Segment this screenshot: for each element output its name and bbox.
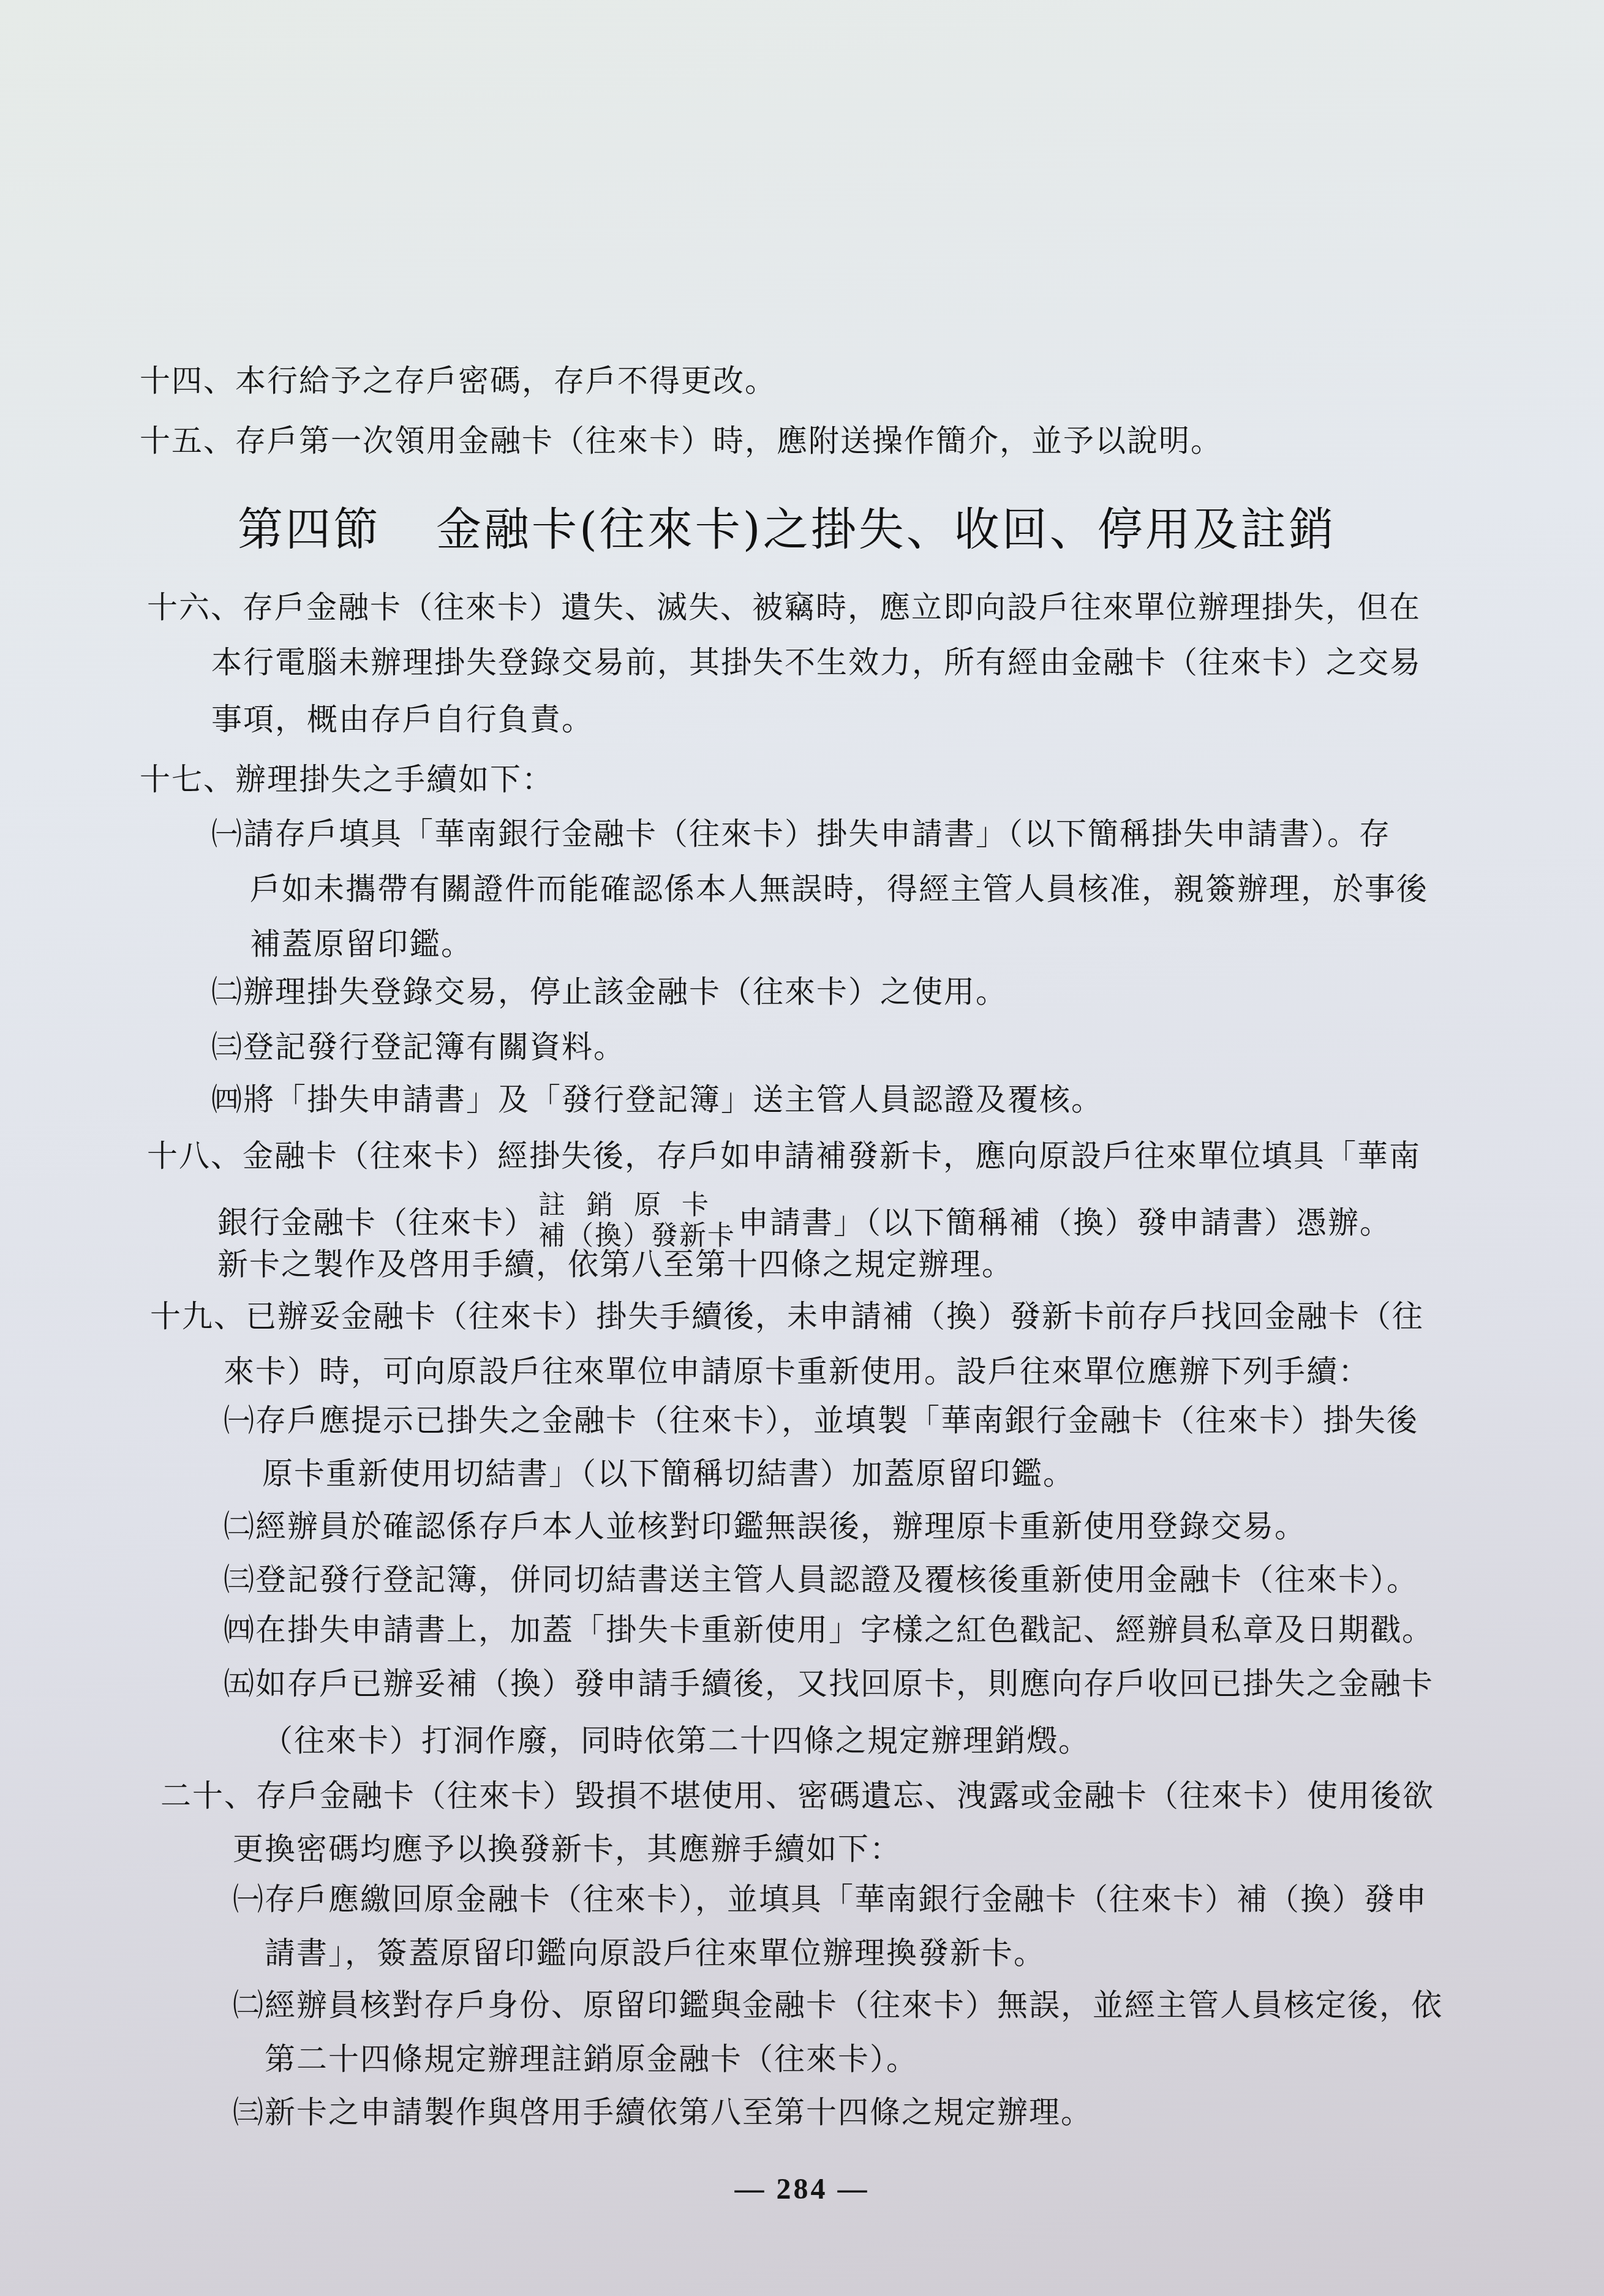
article-19-item-5-line-1: ㈤如存戶已辦妥補（換）發申請手續後，又找回原卡，則應向存戶收回已掛失之金融卡 [224, 1665, 1434, 1702]
article-20-line-2: 更換密碼均應予以換發新卡，其應辦手續如下： [233, 1831, 902, 1867]
article-18-line-2-before: 銀行金融卡（往來卡） [217, 1205, 536, 1240]
article-18-line-1: 十八、金融卡（往來卡）經掛失後，存戶如申請補發新卡，應向原設戶往來單位填具「華南 [147, 1138, 1421, 1174]
article-19-item-1-line-2: 原卡重新使用切結書」（以下簡稱切結書）加蓋原留印鑑。 [262, 1455, 1075, 1492]
article-17-item-1-line-3: 補蓋原留印鑑。 [250, 926, 473, 962]
article-20-item-2-line-2: 第二十四條規定辦理註銷原金融卡（往來卡）。 [265, 2041, 918, 2077]
stack-top: 註銷原卡 [538, 1190, 736, 1221]
article-18-line-3: 新卡之製作及啓用手續，依第八至第十四條之規定辦理。 [217, 1246, 1014, 1283]
article-17-item-1-line-1: ㈠請存戶填具「華南銀行金融卡（往來卡）掛失申請書」（以下簡稱掛失申請書）。存 [211, 816, 1391, 852]
article-20-line-1: 二十、存戶金融卡（往來卡）毀損不堪使用、密碼遺忘、洩露或金融卡（往來卡）使用後欲 [160, 1777, 1434, 1814]
article-16-line-2: 本行電腦未辦理掛失登錄交易前，其掛失不生效力，所有經由金融卡（往來卡）之交易 [211, 644, 1421, 681]
section-heading: 第四節金融卡(往來卡)之掛失、收回、停用及註銷 [238, 502, 1336, 557]
article-14: 十四、本行給予之存戶密碼，存戶不得更改。 [140, 362, 777, 399]
article-16-line-3: 事項，概由存戶自行負責。 [211, 701, 593, 738]
article-16-line-1: 十六、存戶金融卡（往來卡）遺失、滅失、被竊時，應立即向設戶往來單位辦理掛失，但在 [147, 589, 1421, 626]
article-19-item-1-line-1: ㈠存戶應提示已掛失之金融卡（往來卡），並填製「華南銀行金融卡（往來卡）掛失後 [224, 1402, 1418, 1439]
article-19-line-2: 來卡）時，可向原設戶往來單位申請原卡重新使用。設戶往來單位應辦下列手續： [224, 1353, 1370, 1390]
section-number: 第四節 [238, 503, 381, 556]
article-19-item-2: ㈡經辦員於確認係存戶本人並核對印鑑無誤後，辦理原卡重新使用登錄交易。 [224, 1508, 1306, 1545]
article-18-stacked-text: 註銷原卡補（換）發新卡 [538, 1190, 736, 1251]
article-19-item-4: ㈣在掛失申請書上，加蓋「掛失卡重新使用」字樣之紅色戳記、經辦員私章及日期戳。 [224, 1611, 1434, 1648]
article-17-item-2: ㈡辦理掛失登錄交易，停止該金融卡（往來卡）之使用。 [211, 974, 1007, 1010]
article-19-item-5-line-2: （往來卡）打洞作廢，同時依第二十四條之規定辦理銷燬。 [262, 1722, 1090, 1759]
article-19-line-1: 十九、已辦妥金融卡（往來卡）掛失手續後，未申請補（換）發新卡前存戶找回金融卡（往 [150, 1298, 1424, 1335]
article-17-item-1-line-2: 戶如未攜帶有關證件而能確認係本人無誤時，得經主管人員核准，親簽辦理，於事後 [250, 871, 1428, 907]
article-20-item-1-line-2: 請書」，簽蓋原留印鑑向原設戶往來單位辦理換發新卡。 [265, 1935, 1045, 1971]
page-number: — 284 — [0, 2172, 1604, 2206]
article-17-item-3: ㈢登記發行登記簿有關資料。 [211, 1029, 625, 1065]
article-17-item-4: ㈣將「掛失申請書」及「發行登記簿」送主管人員認證及覆核。 [211, 1081, 1103, 1118]
article-20-item-3: ㈢新卡之申請製作與啓用手續依第八至第十四條之規定辦理。 [233, 2094, 1093, 2131]
section-title: 金融卡(往來卡)之掛失、收回、停用及註銷 [436, 503, 1336, 556]
article-20-item-2-line-1: ㈡經辦員核對存戶身份、原留印鑑與金融卡（往來卡）無誤，並經主管人員核定後，依 [233, 1987, 1443, 2024]
article-19-item-3: ㈢登記發行登記簿，併同切結書送主管人員認證及覆核後重新使用金融卡（往來卡）。 [224, 1561, 1418, 1598]
article-17-heading: 十七、辦理掛失之手續如下： [140, 761, 554, 798]
article-20-item-1-line-1: ㈠存戶應繳回原金融卡（往來卡），並填具「華南銀行金融卡（往來卡）補（換）發申 [233, 1881, 1428, 1918]
document-page: 十四、本行給予之存戶密碼，存戶不得更改。 十五、存戶第一次領用金融卡（往來卡）時… [0, 0, 1604, 2296]
article-15: 十五、存戶第一次領用金融卡（往來卡）時，應附送操作簡介，並予以說明。 [140, 422, 1222, 459]
article-18-line-2-after: 申請書」（以下簡稱補（換）發申請書）憑辦。 [738, 1205, 1391, 1240]
